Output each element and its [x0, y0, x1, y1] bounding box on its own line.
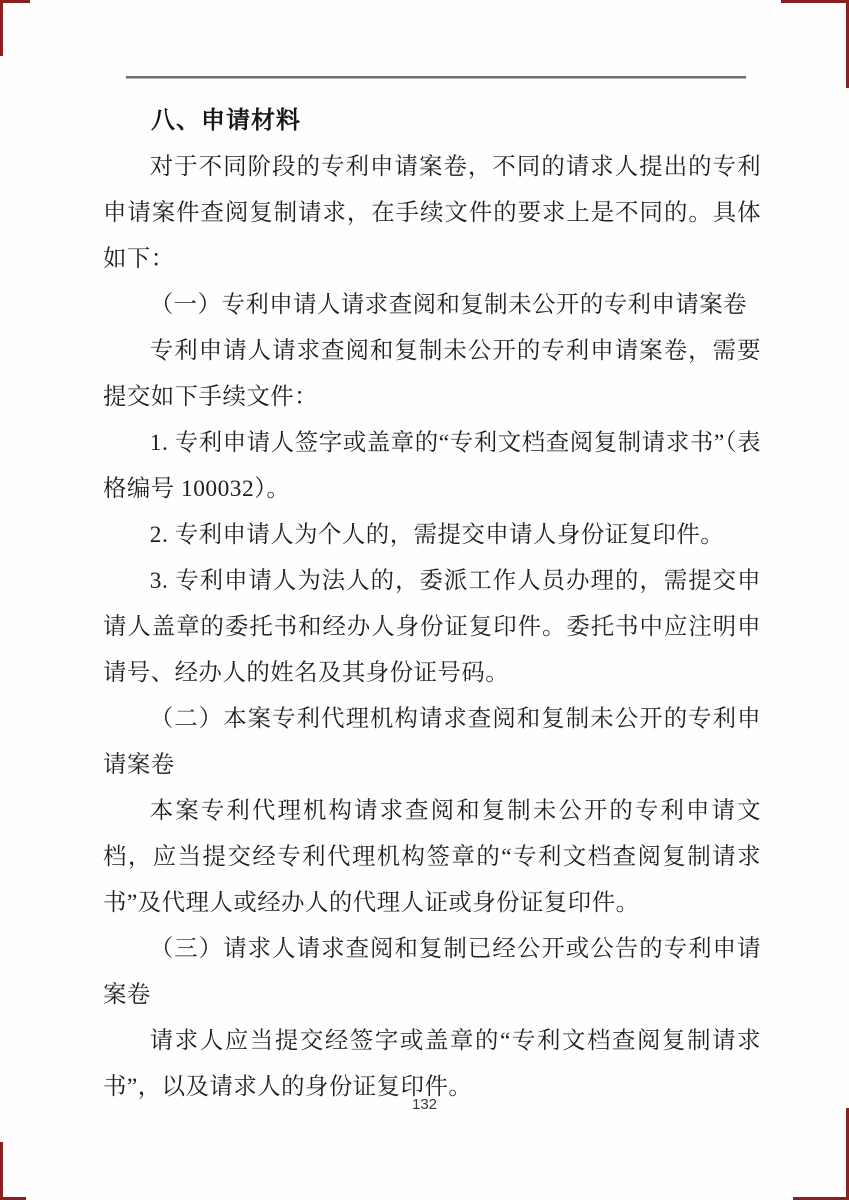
document-page: 八、申请材料 对于不同阶段的专利申请案卷，不同的请求人提出的专利申请案件查阅复制…	[0, 0, 849, 1200]
document-content: 八、申请材料 对于不同阶段的专利申请案卷，不同的请求人提出的专利申请案件查阅复制…	[103, 104, 761, 1110]
edge-mark-left-top	[0, 0, 3, 56]
paragraph-item-1: 1. 专利申请人签字或盖章的“专利文档查阅复制请求书”（表格编号 100032）…	[103, 420, 761, 512]
paragraph-item-3: 3. 专利申请人为法人的，委派工作人员办理的，需提交申请人盖章的委托书和经办人身…	[103, 558, 761, 696]
paragraph-subsection-2: （二）本案专利代理机构请求查阅和复制未公开的专利申请案卷	[103, 696, 761, 788]
header-rule	[126, 76, 746, 79]
paragraph-subsection-2-body: 本案专利代理机构请求查阅和复制未公开的专利申请文档，应当提交经专利代理机构签章的…	[103, 788, 761, 926]
page-number: 132	[0, 1096, 849, 1113]
edge-mark-top-right	[781, 0, 849, 3]
paragraph-subsection-1: （一）专利申请人请求查阅和复制未公开的专利申请案卷	[103, 282, 761, 328]
section-heading: 八、申请材料	[103, 104, 761, 144]
paragraph-item-2: 2. 专利申请人为个人的，需提交申请人身份证复印件。	[103, 512, 761, 558]
edge-mark-left-bottom	[0, 1142, 3, 1200]
edge-mark-top-left	[0, 0, 30, 3]
paragraph-intro: 对于不同阶段的专利申请案卷，不同的请求人提出的专利申请案件查阅复制请求，在手续文…	[103, 144, 761, 282]
paragraph-subsection-3: （三）请求人请求查阅和复制已经公开或公告的专利申请案卷	[103, 926, 761, 1018]
paragraph-subsection-1-body: 专利申请人请求查阅和复制未公开的专利申请案卷，需要提交如下手续文件：	[103, 328, 761, 420]
